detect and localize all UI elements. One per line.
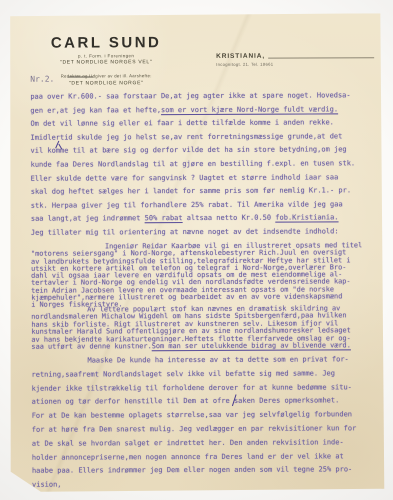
body-line: Om det vil lønne sig eller ei faar i det… (30, 116, 378, 131)
address-line: Incognitogt. 21. Tel. 18661 (216, 61, 374, 67)
page-number-block: Nr.2. (30, 74, 93, 83)
body-line: vision, (32, 477, 380, 492)
underlined-text: Som man ser utelukkende bidrag av bliven… (152, 341, 351, 350)
letter-paper: CARL SUND p. t. Form. i Foreningen "DET … (8, 13, 385, 493)
city-label: KRISTIANIA, (216, 53, 265, 60)
body-line: holder annoncepriserne,men nogen annonce… (32, 450, 380, 465)
body-text: altsaa netto Kr.0.50 (183, 214, 276, 222)
date-fill-line (268, 57, 374, 58)
page-number-dash (68, 76, 93, 77)
underlined-text: fob.Kristiania. (275, 214, 338, 222)
body-line: saa utført av denne kunstner.Som man ser… (31, 342, 379, 351)
body-line: kunde faa Deres Nordlandslag til at gjør… (31, 157, 379, 172)
body-line: For at De kan bestemme oplagets størrels… (32, 408, 380, 423)
page-number: Nr.2. (30, 75, 54, 84)
paragraph-2: Ingeniør Reidar Kaarbøe vil gi en illust… (31, 242, 379, 309)
body-text: saa langt,at jeg indrømmet (31, 215, 145, 223)
body-line: ationen og tør derfor henstille til Dem … (32, 395, 380, 410)
body-line: haabe paa. Ellers indrømmer jeg Dem elle… (32, 464, 380, 479)
paragraph-4: Maaske De kunde ha interesse av at ta de… (31, 353, 380, 492)
paragraph-3: Av lettere populært stof kan nævnes en d… (31, 305, 379, 351)
body-line: for at høre fra Dem snarest mulig. Jeg v… (32, 422, 380, 437)
letterhead-association: "DET NORDLIGE NORGES VEL" (38, 59, 174, 66)
body-line: Jeg tillater mig til orientering at nævn… (31, 225, 379, 240)
letterhead-right: KRISTIANIA, Incognitogt. 21. Tel. 18661 (216, 52, 374, 67)
body-line: kjender ikke tilstrækkelig til forholden… (32, 381, 380, 396)
body-line: retning,saafremt Nordlandslaget selv ikk… (32, 367, 380, 382)
scan-background: CARL SUND p. t. Form. i Foreningen "DET … (0, 0, 393, 500)
paragraph-1: paa over Kr.600.- saa forstaar De,at jeg… (30, 89, 379, 240)
body-line: skal dog heftet sælges her i landet for … (31, 184, 379, 199)
letterhead-name: CARL SUND (38, 34, 174, 52)
body-text: saa utført av denne kunstner. (31, 342, 151, 351)
underlined-text: som er vort kjære Nord-Norge fuldt værdi… (161, 105, 338, 114)
body-text: gen er,at jeg kan faa et hefte, (30, 106, 161, 115)
underlined-text: 50% rabat (145, 214, 183, 222)
body-line: paa over Kr.600.- saa forstaar De,at jeg… (30, 89, 378, 104)
letterhead-role: p. t. Form. i Foreningen (38, 53, 174, 59)
body-line: Maaske De kunde ha interesse av at ta de… (31, 353, 379, 368)
body-line: at De skal se hvordan salget er indrette… (32, 436, 380, 451)
body-line: saa langt,at jeg indrømmet 50% rabat alt… (31, 212, 379, 227)
